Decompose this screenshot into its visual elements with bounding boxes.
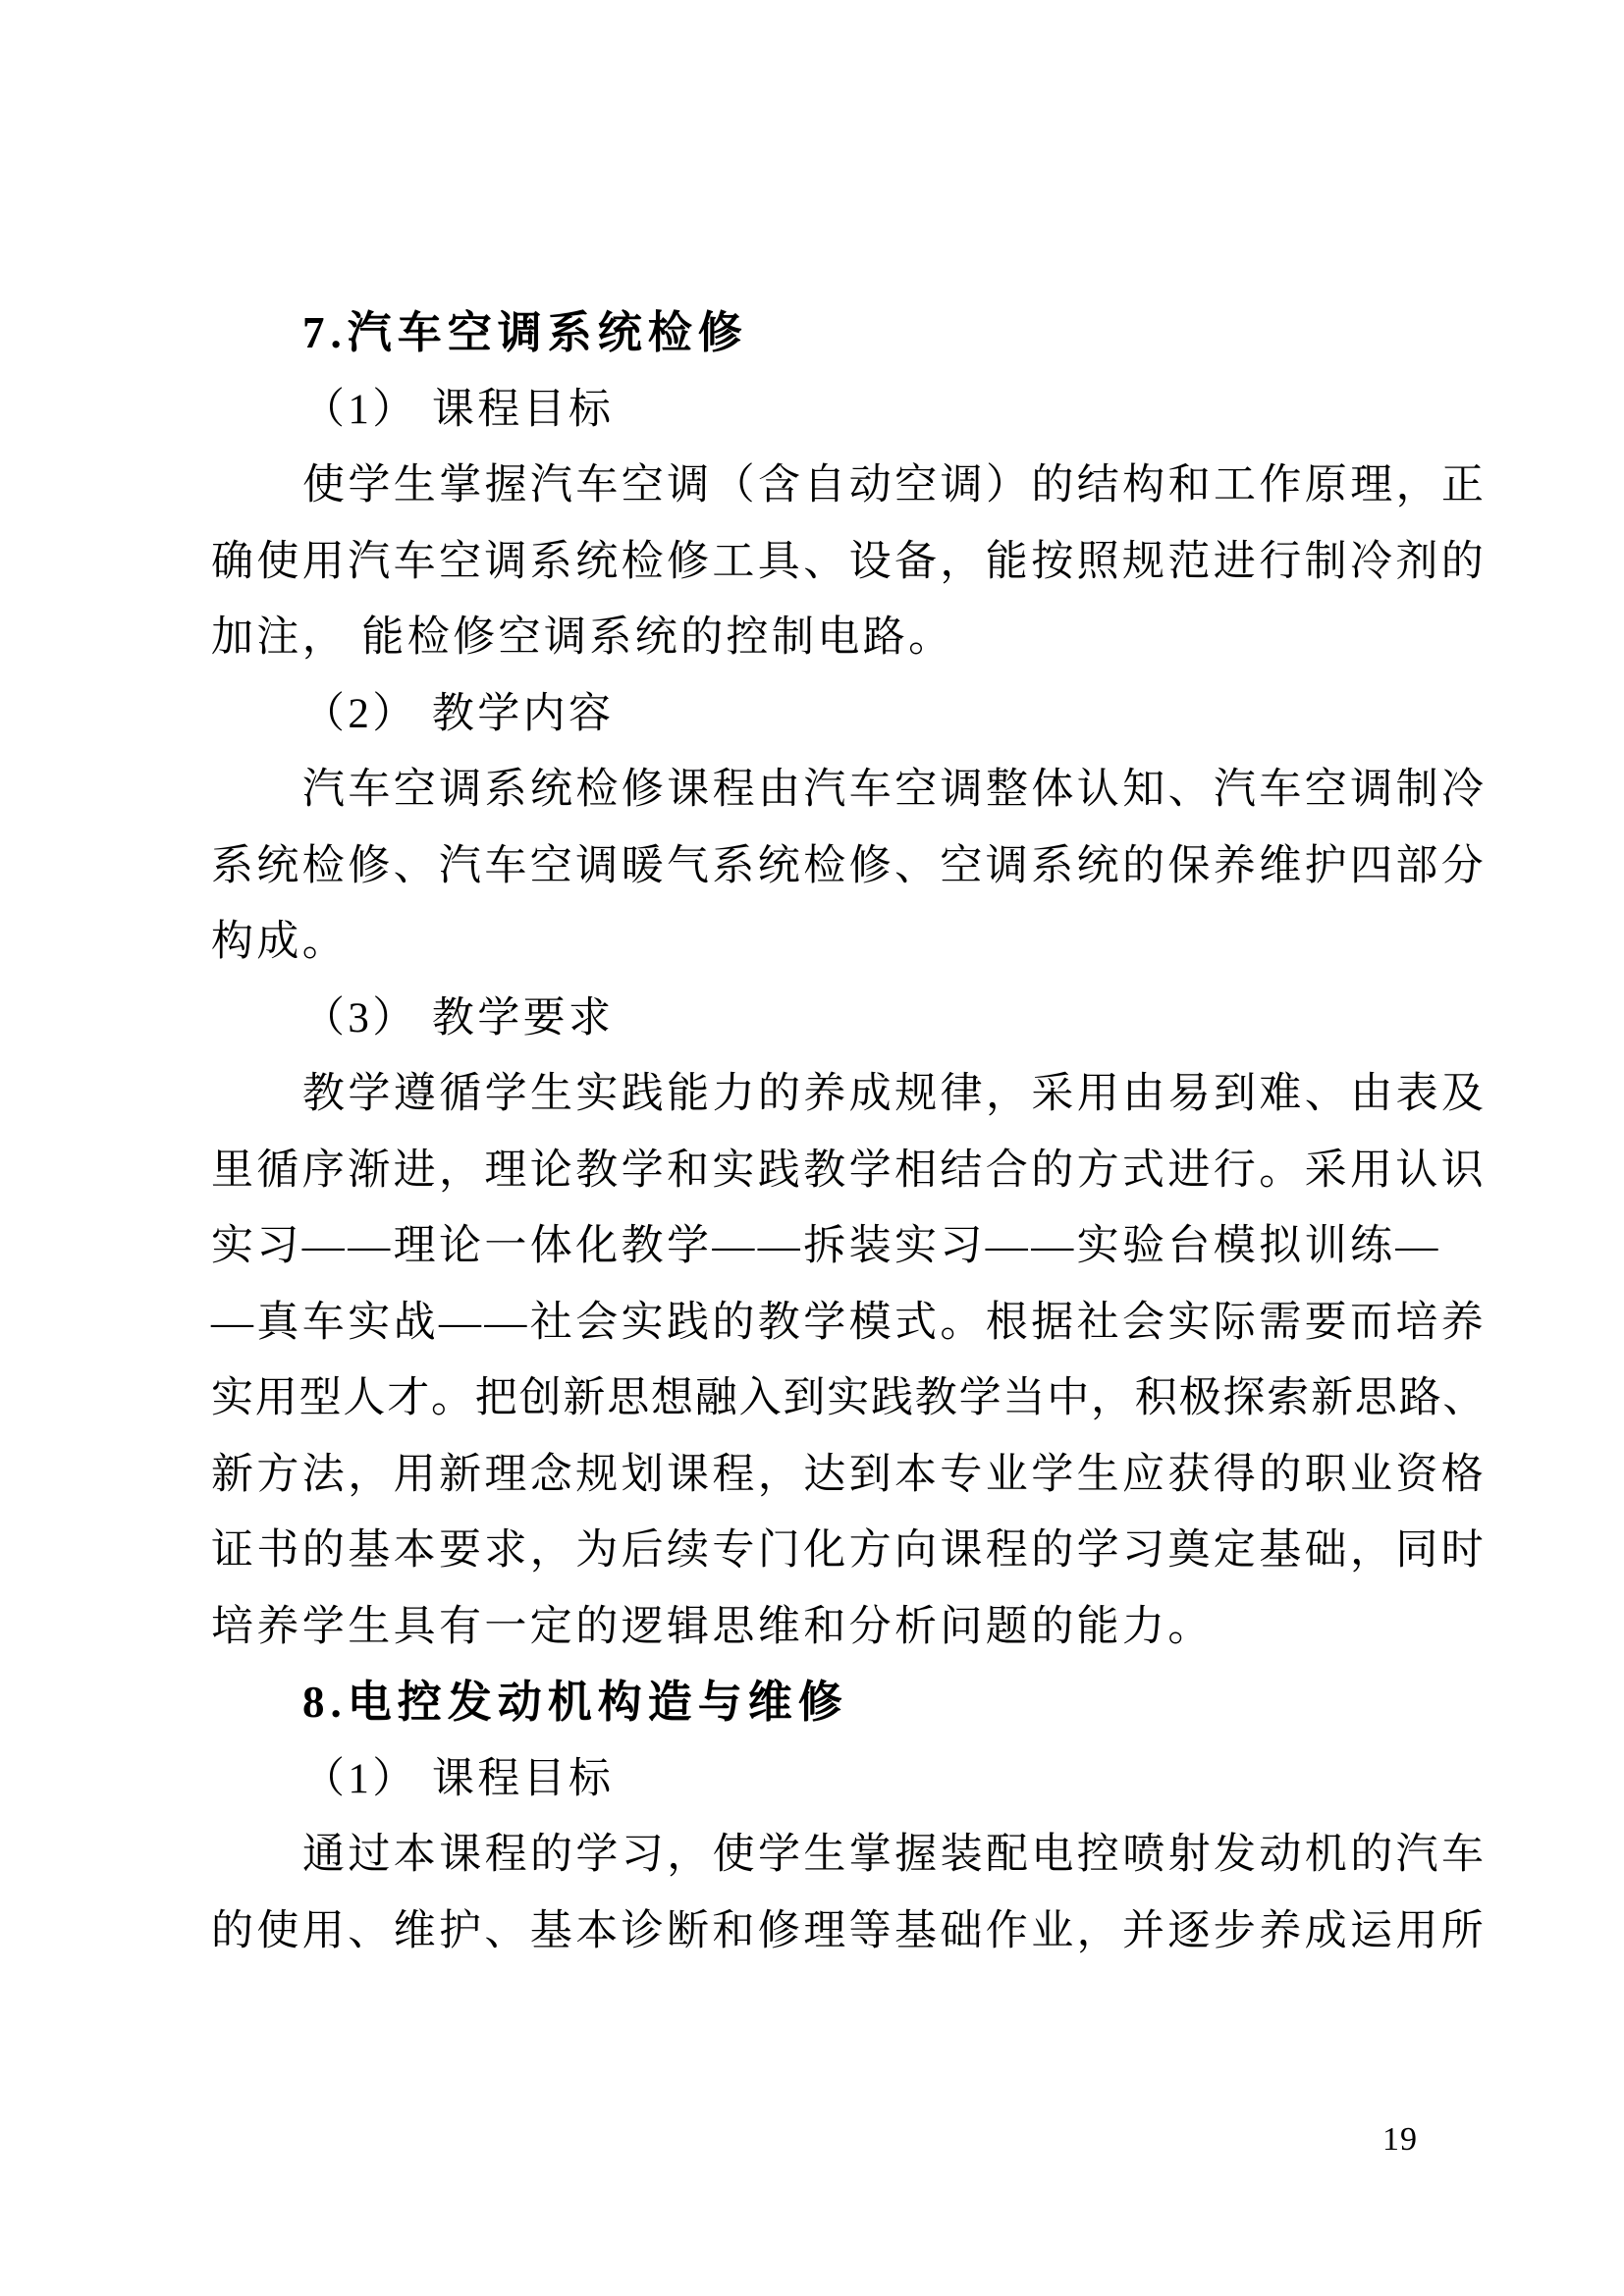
body-line: 里循序渐进，理论教学和实践教学相结合的方式进行。采用认识: [211, 1133, 1489, 1209]
document-page: 7.汽车空调系统检修 （1） 课程目标 使学生掌握汽车空调（含自动空调）的结构和…: [0, 0, 1624, 2296]
body-line: 实用型人才。把创新思想融入到实践教学当中，积极探索新思路、: [211, 1361, 1489, 1437]
body-line: 使学生掌握汽车空调（含自动空调）的结构和工作原理，正: [211, 448, 1489, 524]
body-line: 新方法，用新理念规划课程，达到本专业学生应获得的职业资格: [211, 1437, 1489, 1514]
body-line: 加注， 能检修空调系统的控制电路。: [211, 600, 1489, 676]
body-line: 汽车空调系统检修课程由汽车空调整体认知、汽车空调制冷: [211, 752, 1489, 828]
body-line: —真车实战——社会实践的教学模式。根据社会实际需要而培养: [211, 1285, 1489, 1362]
section-7-sub-course-goal: （1） 课程目标: [211, 372, 1489, 449]
page-number: 19: [1382, 2120, 1418, 2160]
body-line: 的使用、维护、基本诊断和修理等基础作业，并逐步养成运用所: [211, 1894, 1489, 1970]
body-line: 证书的基本要求，为后续专门化方向课程的学习奠定基础，同时: [211, 1513, 1489, 1589]
section-7-sub-teaching-content: （2） 教学内容: [211, 676, 1489, 753]
section-7-sub-teaching-requirements: （3） 教学要求: [211, 981, 1489, 1057]
body-line: 实习——理论一体化教学——拆装实习——实验台模拟训练—: [211, 1208, 1489, 1285]
body-line: 通过本课程的学习，使学生掌握装配电控喷射发动机的汽车: [211, 1817, 1489, 1894]
body-line: 培养学生具有一定的逻辑思维和分析问题的能力。: [211, 1589, 1489, 1666]
section-8-sub-course-goal: （1） 课程目标: [211, 1741, 1489, 1818]
body-line: 构成。: [211, 904, 1489, 981]
document-text-block: 7.汽车空调系统检修 （1） 课程目标 使学生掌握汽车空调（含自动空调）的结构和…: [211, 295, 1489, 1969]
section-8-heading: 8.电控发动机构造与维修: [211, 1665, 1489, 1741]
body-line: 确使用汽车空调系统检修工具、设备，能按照规范进行制冷剂的: [211, 524, 1489, 601]
body-line: 教学遵循学生实践能力的养成规律，采用由易到难、由表及: [211, 1056, 1489, 1133]
section-7-heading: 7.汽车空调系统检修: [211, 295, 1489, 372]
body-line: 系统检修、汽车空调暖气系统检修、空调系统的保养维护四部分: [211, 828, 1489, 905]
